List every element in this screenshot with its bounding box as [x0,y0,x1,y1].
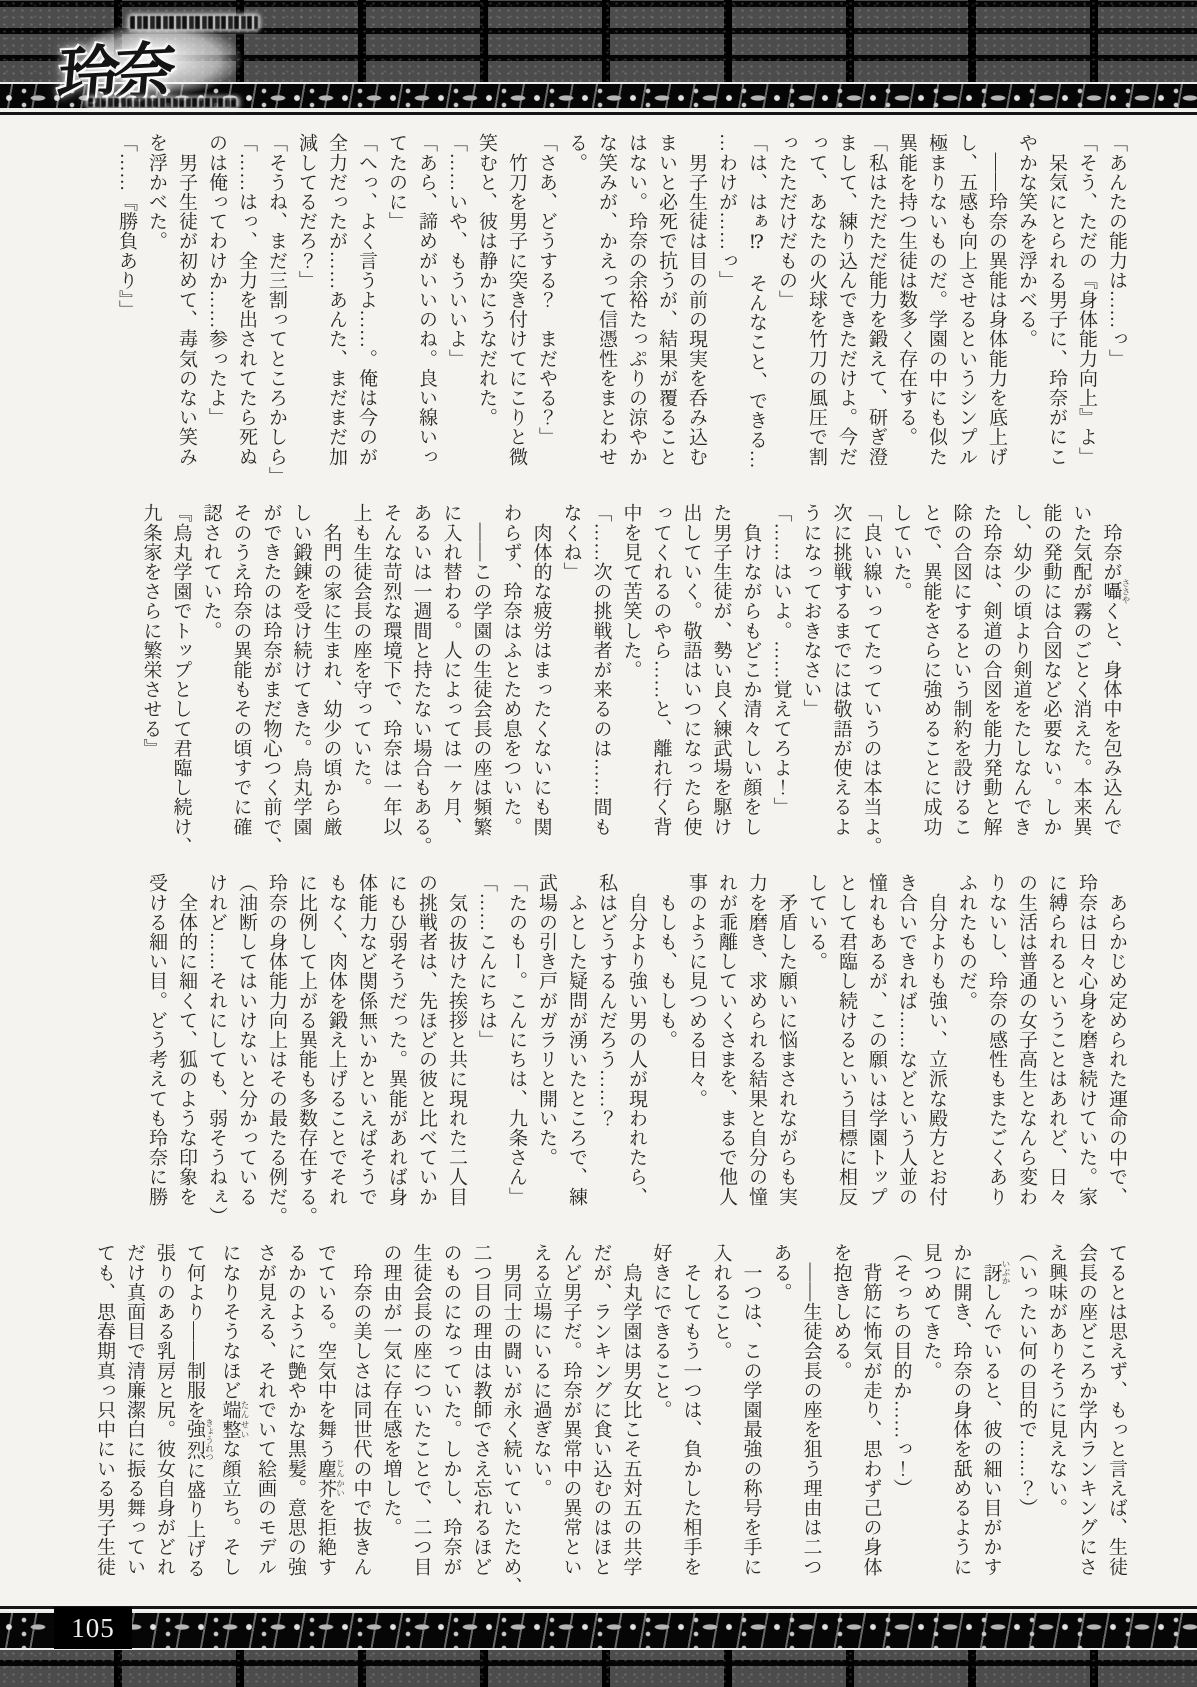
text-column: え興味がありそうに見えない。 [1041,1243,1071,1599]
text-column: そのうえ玲奈の異能もその頃すでに確 [226,503,256,859]
text-column: 烏丸学園は男女比こそ五対五の共学 [616,1243,646,1599]
text-column: 全体的に細くて、狐のような印象を [171,873,201,1229]
text-column: 「たのもー。こんにちは、九条さん」 [501,873,531,1229]
text-column: 入れること。 [706,1243,736,1599]
text-band-3: あらかじめ定められた運命の中で、玲奈は日々心身を磨き続けていた。家に縛られるとい… [83,873,1131,1229]
text-column: 見つめてきた。 [916,1243,946,1599]
text-column: える立場にいるに過ぎない。 [526,1243,556,1599]
text-column: 私はどうするんだろう……？ [591,873,621,1229]
text-column: いた気配が霧のごとく消えた。本来異 [1066,503,1096,859]
text-column: し、五感も向上させるというシンプル [951,133,981,489]
text-column: 極まりないものだ。学園の中にも似た [921,133,951,489]
text-column: 二つ目の理由は教師でさえ忘れるほど [466,1243,496,1599]
text-column: ができたのは玲奈がまだ物心つく前で、 [256,503,286,859]
text-column: 矛盾した願いに悩まされながらも実 [771,873,801,1229]
text-column: 負けながらもどこか清々しい顔をし [736,503,766,859]
text-column: 生徒会長の座についたことで、二つ目 [406,1243,436,1599]
text-column: になりそうなほど端整たんせいな顔立ち。そし [215,1243,251,1599]
text-column: 玲奈は日々心身を磨き続けていた。家 [1071,873,1101,1229]
text-column: 認されていた。 [196,503,226,859]
text-column: のは俺ってわけか……参ったよ」 [201,133,231,489]
text-column: 『烏丸学園でトップとして君臨し続け、 [166,503,196,859]
text-column: ある。 [766,1243,796,1599]
bottom-brick-border [0,1650,1197,1687]
text-column: てたのに」 [381,133,411,489]
text-column: 「良い線いってたっていうのは本当よ。 [856,503,886,859]
text-column: だけ真面目で清廉潔白に振る舞ってい [119,1243,149,1599]
text-column: 全力だったが……あんた、まだまだ加 [321,133,351,489]
text-column: 自分よりも強い、立派な殿方とお付 [921,873,951,1229]
text-column: 「……『勝負あり』」 [111,133,141,489]
text-column: 憧れもあるが、この願いは学園トップ [861,873,891,1229]
text-column: のものになっていた。しかし、玲奈が [436,1243,466,1599]
text-band-2: 玲奈が囁ささやくと、身体中を包み込んでいた気配が霧のごとく消えた。本来異能の発動… [83,503,1131,859]
text-column: …わけが……っ」 [711,133,741,489]
text-column: ってくれるのやら……と、離れ行く背 [646,503,676,859]
text-column: 除の合図にするという制約を設けるこ [946,503,976,859]
text-column: 背筋に怖気が走り、思わず己の身体 [856,1243,886,1599]
text-column: 「……こんにちは」 [471,873,501,1229]
text-column: を抱きしめる。 [826,1243,856,1599]
text-column: 次に挑戦するまでには敬語が使えるよ [826,503,856,859]
text-column: もなく、肉体を鍛え上げることでそれ [321,873,351,1229]
text-column: 呆気にとられる男子に、玲奈がにこ [1041,133,1071,489]
text-column: 力を磨き、求められる結果と自分の憧 [741,873,771,1229]
text-column: 笑むと、彼は静かにうなだれた。 [471,133,501,489]
text-column: （油断してはいけないと分かっている [231,873,261,1229]
series-logo: 玲奈 [52,2,267,114]
text-column: 事のように見つめる日々。 [681,873,711,1229]
text-column: でている。空気中を舞う塵芥じんかいを拒絶す [310,1243,346,1599]
text-column: 男同士の闘いが永く続いていたため、 [496,1243,526,1599]
text-column: な笑みが、かえって信憑性をまとわせ [591,133,621,489]
text-column: そしてもう一つは、負かした相手を [676,1243,706,1599]
text-column: りないし、玲奈の感性もまたごくあり [981,873,1011,1229]
text-column: かに開き、玲奈の身体を舐めるように [946,1243,976,1599]
text-column: 「そうね、まだ三割ってところかしら」 [261,133,291,489]
text-column: （そっちの目的か……っ！） [886,1243,916,1599]
text-column: き合いできれば……などという人並の [891,873,921,1229]
text-column: している。 [801,873,831,1229]
text-column: に縛られるということはあれど、日々 [1041,873,1071,1229]
text-column: 竹刀を男子に突き付けてにこりと微 [501,133,531,489]
text-column: 一つは、この学園最強の称号を手に [736,1243,766,1599]
text-column: 玲奈の美しさは同世代の中で抜きん [346,1243,376,1599]
text-column: んど男子だ。玲奈が異常中の異常とい [556,1243,586,1599]
text-column: 「……はっ、全力を出されてたら死ぬ [231,133,261,489]
text-column: 減してるだろ？」 [291,133,321,489]
text-column: （いったい何の目的で……？） [1011,1243,1041,1599]
text-column: 玲奈の身体能力向上はその最たる例だ。 [261,873,291,1229]
bottom-ornament-band [0,1611,1197,1650]
text-column: だが、ランキングに食い込むのはほと [586,1243,616,1599]
text-column: まして、練り込んできただけよ。今だ [831,133,861,489]
text-column: 受ける細い目。どう考えても玲奈に勝 [141,873,171,1229]
text-column: て何より――制服を強烈きょうれつに盛り上げる [179,1243,215,1599]
text-column: 訝いぶかしんでいると、彼の細い目がかす [976,1243,1012,1599]
text-column: 張りのある乳房と尻。彼女自身がどれ [149,1243,179,1599]
text-band-4: てるとは思えず、もっと言えば、生徒会長の座どころか学内ランキングにさえ興味があり… [83,1243,1131,1599]
text-column: はない。玲奈の余裕たっぷりの涼やか [621,133,651,489]
text-column: 好きにできること。 [646,1243,676,1599]
text-column: 上も生徒会長の座を守っていた。 [346,503,376,859]
text-column: 「は、はぁ⁉ そんなこと、できる… [741,133,771,489]
text-column: 体能力など関係無いかといえばそうで [351,873,381,1229]
text-column: 自分より強い男の人が現われたら、 [621,873,651,1229]
text-column: していた。 [886,503,916,859]
text-column: ――玲奈の異能は身体能力を底上げ [981,133,1011,489]
text-column: を浮かべた。 [141,133,171,489]
text-column: 「そう、ただの『身体能力向上』よ」 [1071,133,1101,489]
text-column: まいと必死で抗うが、結果が覆ること [651,133,681,489]
text-column: 「……はいよ。……覚えてろよ！」 [766,503,796,859]
text-band-1: 「あんたの能力は……っ」「そう、ただの『身体能力向上』よ」 呆気にとられる男子に… [83,133,1131,489]
text-column: として君臨し続けるという目標に相反 [831,873,861,1229]
text-column: 「あんたの能力は……っ」 [1101,133,1131,489]
text-column: 肉体的な疲労はまったくないにも関 [526,503,556,859]
text-column: 男子生徒は目の前の現実を呑み込む [681,133,711,489]
novel-text: 「あんたの能力は……っ」「そう、ただの『身体能力向上』よ」 呆気にとられる男子に… [83,133,1131,1613]
text-column: あらかじめ定められた運命の中で、 [1101,873,1131,1229]
text-column: うになっておきなさい」 [796,503,826,859]
text-column: そんな苛烈な環境下で、玲奈は一年以 [376,503,406,859]
text-column: の生活は普通の女子高生となんら変わ [1011,873,1041,1229]
text-column: あるいは一週間と持たない場合もある。 [406,503,436,859]
text-column: し、幼少の頃より剣道をたしなんでき [1006,503,1036,859]
text-column: 男子生徒が初めて、毒気のない笑み [171,133,201,489]
text-column: 「……次の挑戦者が来るのは……間も [586,503,616,859]
novel-page: 玲奈 「あんたの能力は……っ」「そう、ただの『身体能力向上』よ」 呆気にとられる… [0,0,1197,1687]
text-column: ふれたものだ。 [951,873,981,1229]
text-column: ても、思春期真っ只中にいる男子生徒 [89,1243,119,1599]
text-column: やかな笑みを浮かべる。 [1011,133,1041,489]
text-column: 「へっ、よく言うよ……。俺は今のが [351,133,381,489]
text-column: けれど……それにしても、弱そうねぇ） [201,873,231,1229]
text-column: とで、異能をさらに強めることに成功 [916,503,946,859]
text-column: る。 [561,133,591,489]
text-column: の理由が一気に存在感を増した。 [376,1243,406,1599]
text-column: 会長の座どころか学内ランキングにさ [1071,1243,1101,1599]
text-column: しい鍛錬を受け続けてきた。烏丸学園 [286,503,316,859]
text-column: 能の発動には合図など必要ない。しか [1036,503,1066,859]
text-column: 気の抜けた挨拶と共に現れた二人目 [441,873,471,1229]
text-column: なくね」 [556,503,586,859]
text-column: 「……いや、もういいよ」 [441,133,471,489]
text-column: れが乖離していくさまを、まるで他人 [711,873,741,1229]
text-column: 「私はただただ能力を鍛えて、研ぎ澄 [861,133,891,489]
text-column: ――この学園の生徒会長の座は頻繁 [466,503,496,859]
text-column: 武場の引き戸がガラリと開いた。 [531,873,561,1229]
text-column: もしも、もしも。 [651,873,681,1229]
text-column: た男子生徒が、勢い良く練武場を駆け [706,503,736,859]
text-column: って、あなたの火球を竹刀の風圧で割 [801,133,831,489]
text-column: に比例して上がる異能も多数存在する。 [291,873,321,1229]
text-column: 九条家をさらに繁栄させる』 [136,503,166,859]
text-column: さが見える、それでいて絵画のモデル [250,1243,280,1599]
page-number: 105 [54,1607,132,1649]
text-column: 異能を持つ生徒は数多く存在する。 [891,133,921,489]
text-column: わらず、玲奈はふとため息をついた。 [496,503,526,859]
text-column: るかのように艶やかな黒髪。意思の強 [280,1243,310,1599]
text-column: 中を見て苦笑した。 [616,503,646,859]
text-column: 名門の家に生まれ、幼少の頃から厳 [316,503,346,859]
text-column: 「さあ、どうする？ まだやる？」 [531,133,561,489]
text-column: た玲奈は、剣道の合図を能力発動と解 [976,503,1006,859]
text-column: ふとした疑問が湧いたところで、練 [561,873,591,1229]
text-column: 出していく。敬語はいつになったら使 [676,503,706,859]
text-column: ったただけだもの」 [771,133,801,489]
text-column: の挑戦者は、先ほどの彼と比べていか [411,873,441,1229]
text-column: ――生徒会長の座を狙う理由は二つ [796,1243,826,1599]
text-column: 玲奈が囁ささやくと、身体中を包み込んで [1096,503,1132,859]
text-column: 「あら、諦めがいいのね。良い線いっ [411,133,441,489]
logo-caption-bottom [88,98,238,107]
text-column: に入れ替わる。人によっては一ヶ月、 [436,503,466,859]
text-column: てるとは思えず、もっと言えば、生徒 [1101,1243,1131,1599]
text-column: にもひ弱そうだった。異能があれば身 [381,873,411,1229]
